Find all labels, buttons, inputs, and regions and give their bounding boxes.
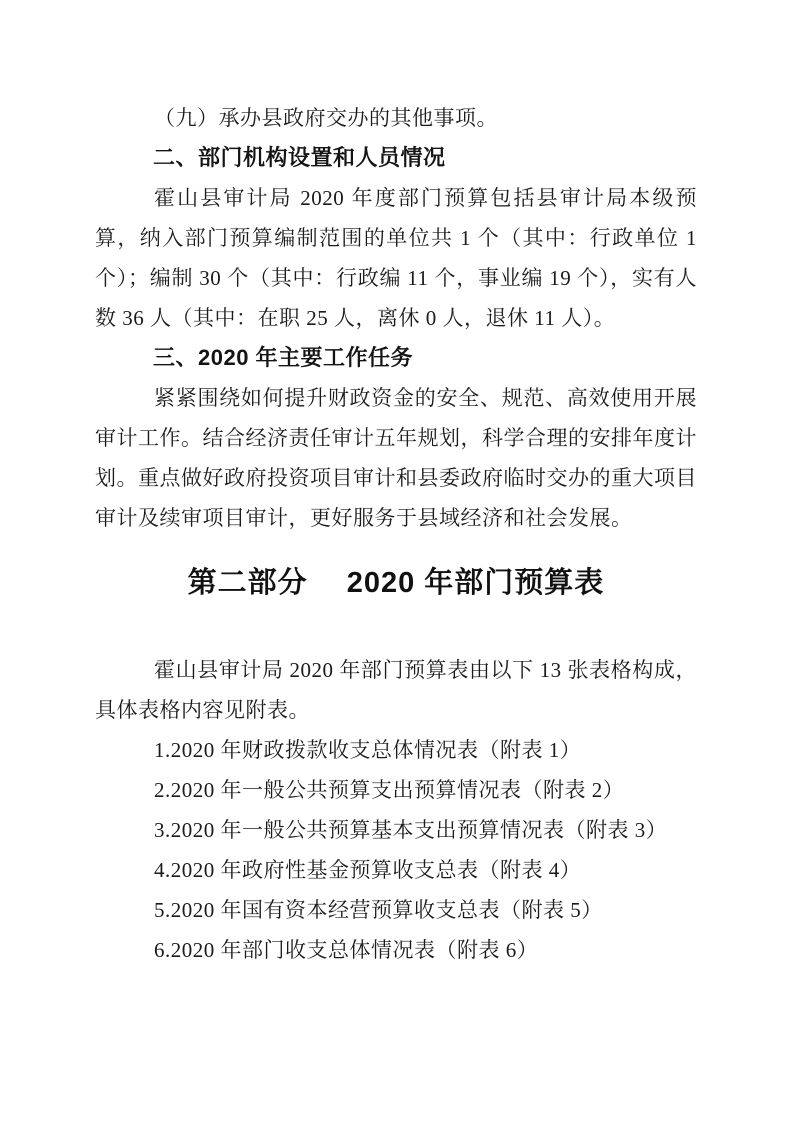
- list-item-table-5: 5.2020 年国有资本经营预算收支总表（附表 5）: [95, 890, 697, 930]
- list-item-table-4: 4.2020 年政府性基金预算收支总表（附表 4）: [95, 850, 697, 890]
- part2-title: 第二部分 2020 年部门预算表: [95, 561, 697, 605]
- list-item-table-3: 3.2020 年一般公共预算基本支出预算情况表（附表 3）: [95, 810, 697, 850]
- list-item-table-2: 2.2020 年一般公共预算支出预算情况表（附表 2）: [95, 770, 697, 810]
- list-item-table-1: 1.2020 年财政拨款收支总体情况表（附表 1）: [95, 730, 697, 770]
- para-budget-tables-intro: 霍山县审计局 2020 年部门预算表由以下 13 张表格构成，具体表格内容见附表…: [95, 650, 697, 730]
- list-item-table-6: 6.2020 年部门收支总体情况表（附表 6）: [95, 930, 697, 970]
- para-org-staffing-details: 霍山县审计局 2020 年度部门预算包括县审计局本级预算，纳入部门预算编制范围的…: [95, 178, 697, 338]
- heading-org-setup-and-staffing: 二、部门机构设置和人员情况: [95, 138, 697, 178]
- heading-2020-main-tasks: 三、2020 年主要工作任务: [95, 338, 697, 378]
- para-2020-main-tasks: 紧紧围绕如何提升财政资金的安全、规范、高效使用开展审计工作。结合经济责任审计五年…: [95, 378, 697, 538]
- document-page: （九）承办县政府交办的其他事项。 二、部门机构设置和人员情况 霍山县审计局 20…: [0, 0, 793, 1122]
- para-item-nine: （九）承办县政府交办的其他事项。: [95, 98, 697, 138]
